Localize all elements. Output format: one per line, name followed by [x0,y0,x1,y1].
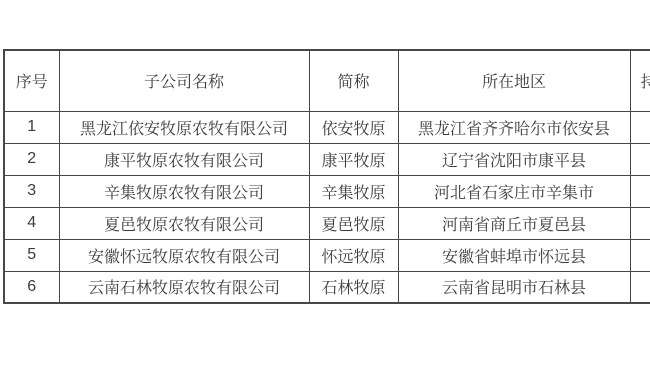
cell-abbr: 辛集牧原 [309,175,398,207]
header-cell-abbr: 简称 [309,50,398,111]
cell-share [630,111,650,143]
header-row: 序号 子公司名称 简称 所在地区 持股比例 [4,50,650,111]
table-row: 1 黑龙江依安牧原农牧有限公司 依安牧原 黑龙江省齐齐哈尔市依安县 [4,111,650,143]
cell-no: 1 [4,111,59,143]
cell-share [630,271,650,303]
cell-region: 河北省石家庄市辛集市 [398,175,630,207]
cell-no: 3 [4,175,59,207]
table-body: 1 黑龙江依安牧原农牧有限公司 依安牧原 黑龙江省齐齐哈尔市依安县 2 康平牧原… [4,111,650,303]
page-canvas: 序号 子公司名称 简称 所在地区 持股比例 1 黑龙江依安牧原农牧有限公司 依安… [0,0,650,366]
header-cell-share: 持股比例 [630,50,650,111]
cell-name: 云南石林牧原农牧有限公司 [59,271,309,303]
cell-region: 云南省昆明市石林县 [398,271,630,303]
cell-no: 4 [4,207,59,239]
cell-region: 安徽省蚌埠市怀远县 [398,239,630,271]
cell-share [630,143,650,175]
cell-abbr: 怀远牧原 [309,239,398,271]
table-row: 3 辛集牧原农牧有限公司 辛集牧原 河北省石家庄市辛集市 [4,175,650,207]
cell-name: 夏邑牧原农牧有限公司 [59,207,309,239]
cell-share [630,207,650,239]
cell-share [630,239,650,271]
cell-region: 河南省商丘市夏邑县 [398,207,630,239]
table-row: 6 云南石林牧原农牧有限公司 石林牧原 云南省昆明市石林县 [4,271,650,303]
cell-share [630,175,650,207]
table-header: 序号 子公司名称 简称 所在地区 持股比例 [4,50,650,111]
cell-abbr: 依安牧原 [309,111,398,143]
cell-no: 6 [4,271,59,303]
cell-no: 2 [4,143,59,175]
cell-region: 黑龙江省齐齐哈尔市依安县 [398,111,630,143]
cell-region: 辽宁省沈阳市康平县 [398,143,630,175]
cell-name: 康平牧原农牧有限公司 [59,143,309,175]
header-cell-name: 子公司名称 [59,50,309,111]
cell-name: 安徽怀远牧原农牧有限公司 [59,239,309,271]
cell-no: 5 [4,239,59,271]
cell-abbr: 夏邑牧原 [309,207,398,239]
table-row: 2 康平牧原农牧有限公司 康平牧原 辽宁省沈阳市康平县 [4,143,650,175]
cell-name: 黑龙江依安牧原农牧有限公司 [59,111,309,143]
header-cell-no: 序号 [4,50,59,111]
table-row: 4 夏邑牧原农牧有限公司 夏邑牧原 河南省商丘市夏邑县 [4,207,650,239]
cell-name: 辛集牧原农牧有限公司 [59,175,309,207]
subsidiary-table: 序号 子公司名称 简称 所在地区 持股比例 1 黑龙江依安牧原农牧有限公司 依安… [3,49,650,304]
header-cell-region: 所在地区 [398,50,630,111]
cell-abbr: 石林牧原 [309,271,398,303]
cell-abbr: 康平牧原 [309,143,398,175]
table-row: 5 安徽怀远牧原农牧有限公司 怀远牧原 安徽省蚌埠市怀远县 [4,239,650,271]
